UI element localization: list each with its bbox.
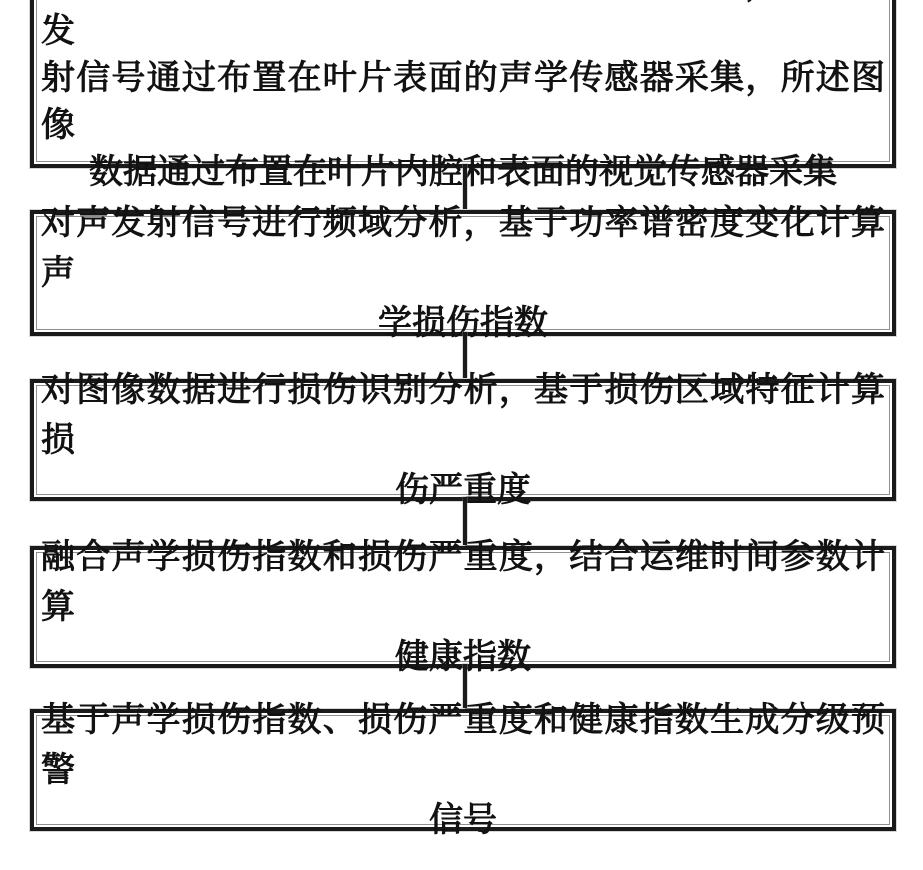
step-text-line: 信号 bbox=[34, 795, 892, 845]
step-text-line: 获取风机叶片运行时的声发射信号和图像数据，所述声发 bbox=[34, 0, 892, 55]
flow-step-frequency-analysis: 对声发射信号进行频域分析，基于功率谱密度变化计算声 学损伤指数 bbox=[30, 210, 896, 336]
flow-step-graded-warning: 基于声学损伤指数、损伤严重度和健康指数生成分级预警 信号 bbox=[30, 709, 896, 831]
step-text-line: 融合声学损伤指数和损伤严重度，结合运维时间参数计算 bbox=[34, 532, 892, 632]
flow-step-data-acquisition: 获取风机叶片运行时的声发射信号和图像数据，所述声发 射信号通过布置在叶片表面的声… bbox=[30, 0, 896, 168]
step-text-line: 射信号通过布置在叶片表面的声学传感器采集，所述图像 bbox=[34, 55, 892, 149]
flowchart-canvas: 获取风机叶片运行时的声发射信号和图像数据，所述声发 射信号通过布置在叶片表面的声… bbox=[0, 0, 923, 870]
step-text-line: 对图像数据进行损伤识别分析，基于损伤区域特征计算损 bbox=[34, 365, 892, 465]
flow-step-image-damage-analysis: 对图像数据进行损伤识别分析，基于损伤区域特征计算损 伤严重度 bbox=[30, 379, 896, 501]
step-text-line: 对声发射信号进行频域分析，基于功率谱密度变化计算声 bbox=[34, 198, 892, 298]
step-text-line: 基于声学损伤指数、损伤严重度和健康指数生成分级预警 bbox=[34, 695, 892, 795]
flow-step-health-index-fusion: 融合声学损伤指数和损伤严重度，结合运维时间参数计算 健康指数 bbox=[30, 546, 896, 668]
